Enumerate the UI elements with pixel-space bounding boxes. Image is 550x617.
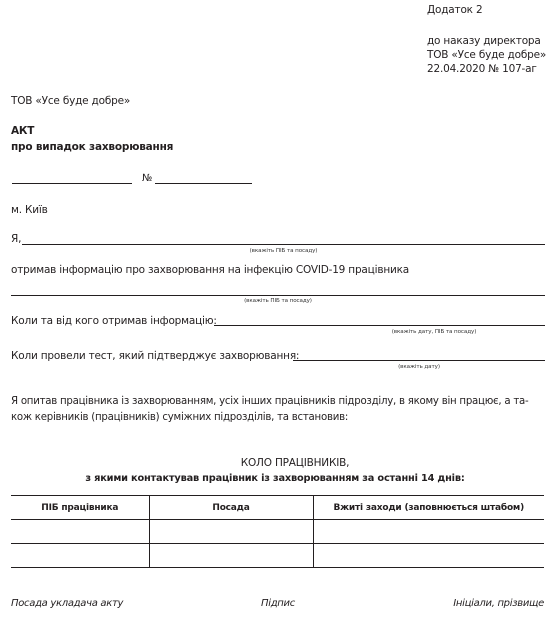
- test-label: Коли провели тест, який підтверджує захв…: [11, 350, 299, 362]
- cell-name[interactable]: [11, 544, 149, 568]
- number-field-line[interactable]: [155, 183, 252, 184]
- contacts-table: ПІБ працівника Посада Вжиті заходи (запо…: [11, 495, 544, 568]
- statement-paragraph: Я опитав працівника із захворюванням, ус…: [11, 394, 545, 426]
- date-field-line[interactable]: [12, 183, 132, 184]
- appendix-label: Додаток 2: [427, 4, 482, 16]
- employee-field-line[interactable]: [11, 295, 545, 296]
- reporter-field-line[interactable]: [22, 244, 545, 245]
- reporter-prefix: Я,: [11, 233, 21, 245]
- when-from-field-line[interactable]: [214, 325, 545, 326]
- info-text: отримав інформацію про захворювання на і…: [11, 264, 409, 276]
- number-label: №: [142, 173, 152, 184]
- employee-hint: (вкажіть ПІБ та посаду): [11, 298, 545, 304]
- column-header-measures: Вжиті заходи (заповнюється штабом): [313, 496, 544, 520]
- statement-line-2: кож керівників (працівників) суміжних пі…: [11, 410, 545, 426]
- column-header-position: Посада: [149, 496, 313, 520]
- company-name: ТОВ «Усе буде добре»: [11, 95, 130, 107]
- document-subtitle: про випадок захворювання: [11, 141, 173, 153]
- signature-sign-label: Підпис: [261, 598, 295, 609]
- cell-position[interactable]: [149, 544, 313, 568]
- cell-name[interactable]: [11, 520, 149, 544]
- statement-line-1: Я опитав працівника із захворюванням, ус…: [11, 394, 545, 410]
- signature-name-label: Ініціали, прізвище: [453, 598, 544, 609]
- cell-measures[interactable]: [313, 520, 544, 544]
- table-header-row: ПІБ працівника Посада Вжиті заходи (запо…: [11, 496, 544, 520]
- document-title: АКТ: [11, 125, 34, 137]
- contacts-heading: КОЛО ПРАЦІВНИКІВ,: [0, 457, 550, 469]
- signature-position-label: Посада укладача акту: [11, 598, 123, 609]
- order-line-2: ТОВ «Усе буде добре»: [427, 48, 546, 62]
- when-from-hint: (вкажіть дату, ПІБ та посаду): [214, 329, 550, 335]
- column-header-name: ПІБ працівника: [11, 496, 149, 520]
- test-date-hint: (вкажіть дату): [293, 364, 545, 370]
- order-line-3: 22.04.2020 № 107-аг: [427, 62, 546, 76]
- reporter-hint: (вкажіть ПІБ та посаду): [22, 248, 545, 254]
- city-label: м. Київ: [11, 204, 48, 216]
- order-reference: до наказу директора ТОВ «Усе буде добре»…: [427, 34, 546, 76]
- contacts-subheading: з якими контактував працівник із захворю…: [0, 473, 550, 484]
- order-line-1: до наказу директора: [427, 34, 546, 48]
- test-date-field-line[interactable]: [293, 360, 545, 361]
- cell-measures[interactable]: [313, 544, 544, 568]
- table-row: [11, 520, 544, 544]
- table-row: [11, 544, 544, 568]
- cell-position[interactable]: [149, 520, 313, 544]
- when-from-label: Коли та від кого отримав інформацію:: [11, 315, 217, 327]
